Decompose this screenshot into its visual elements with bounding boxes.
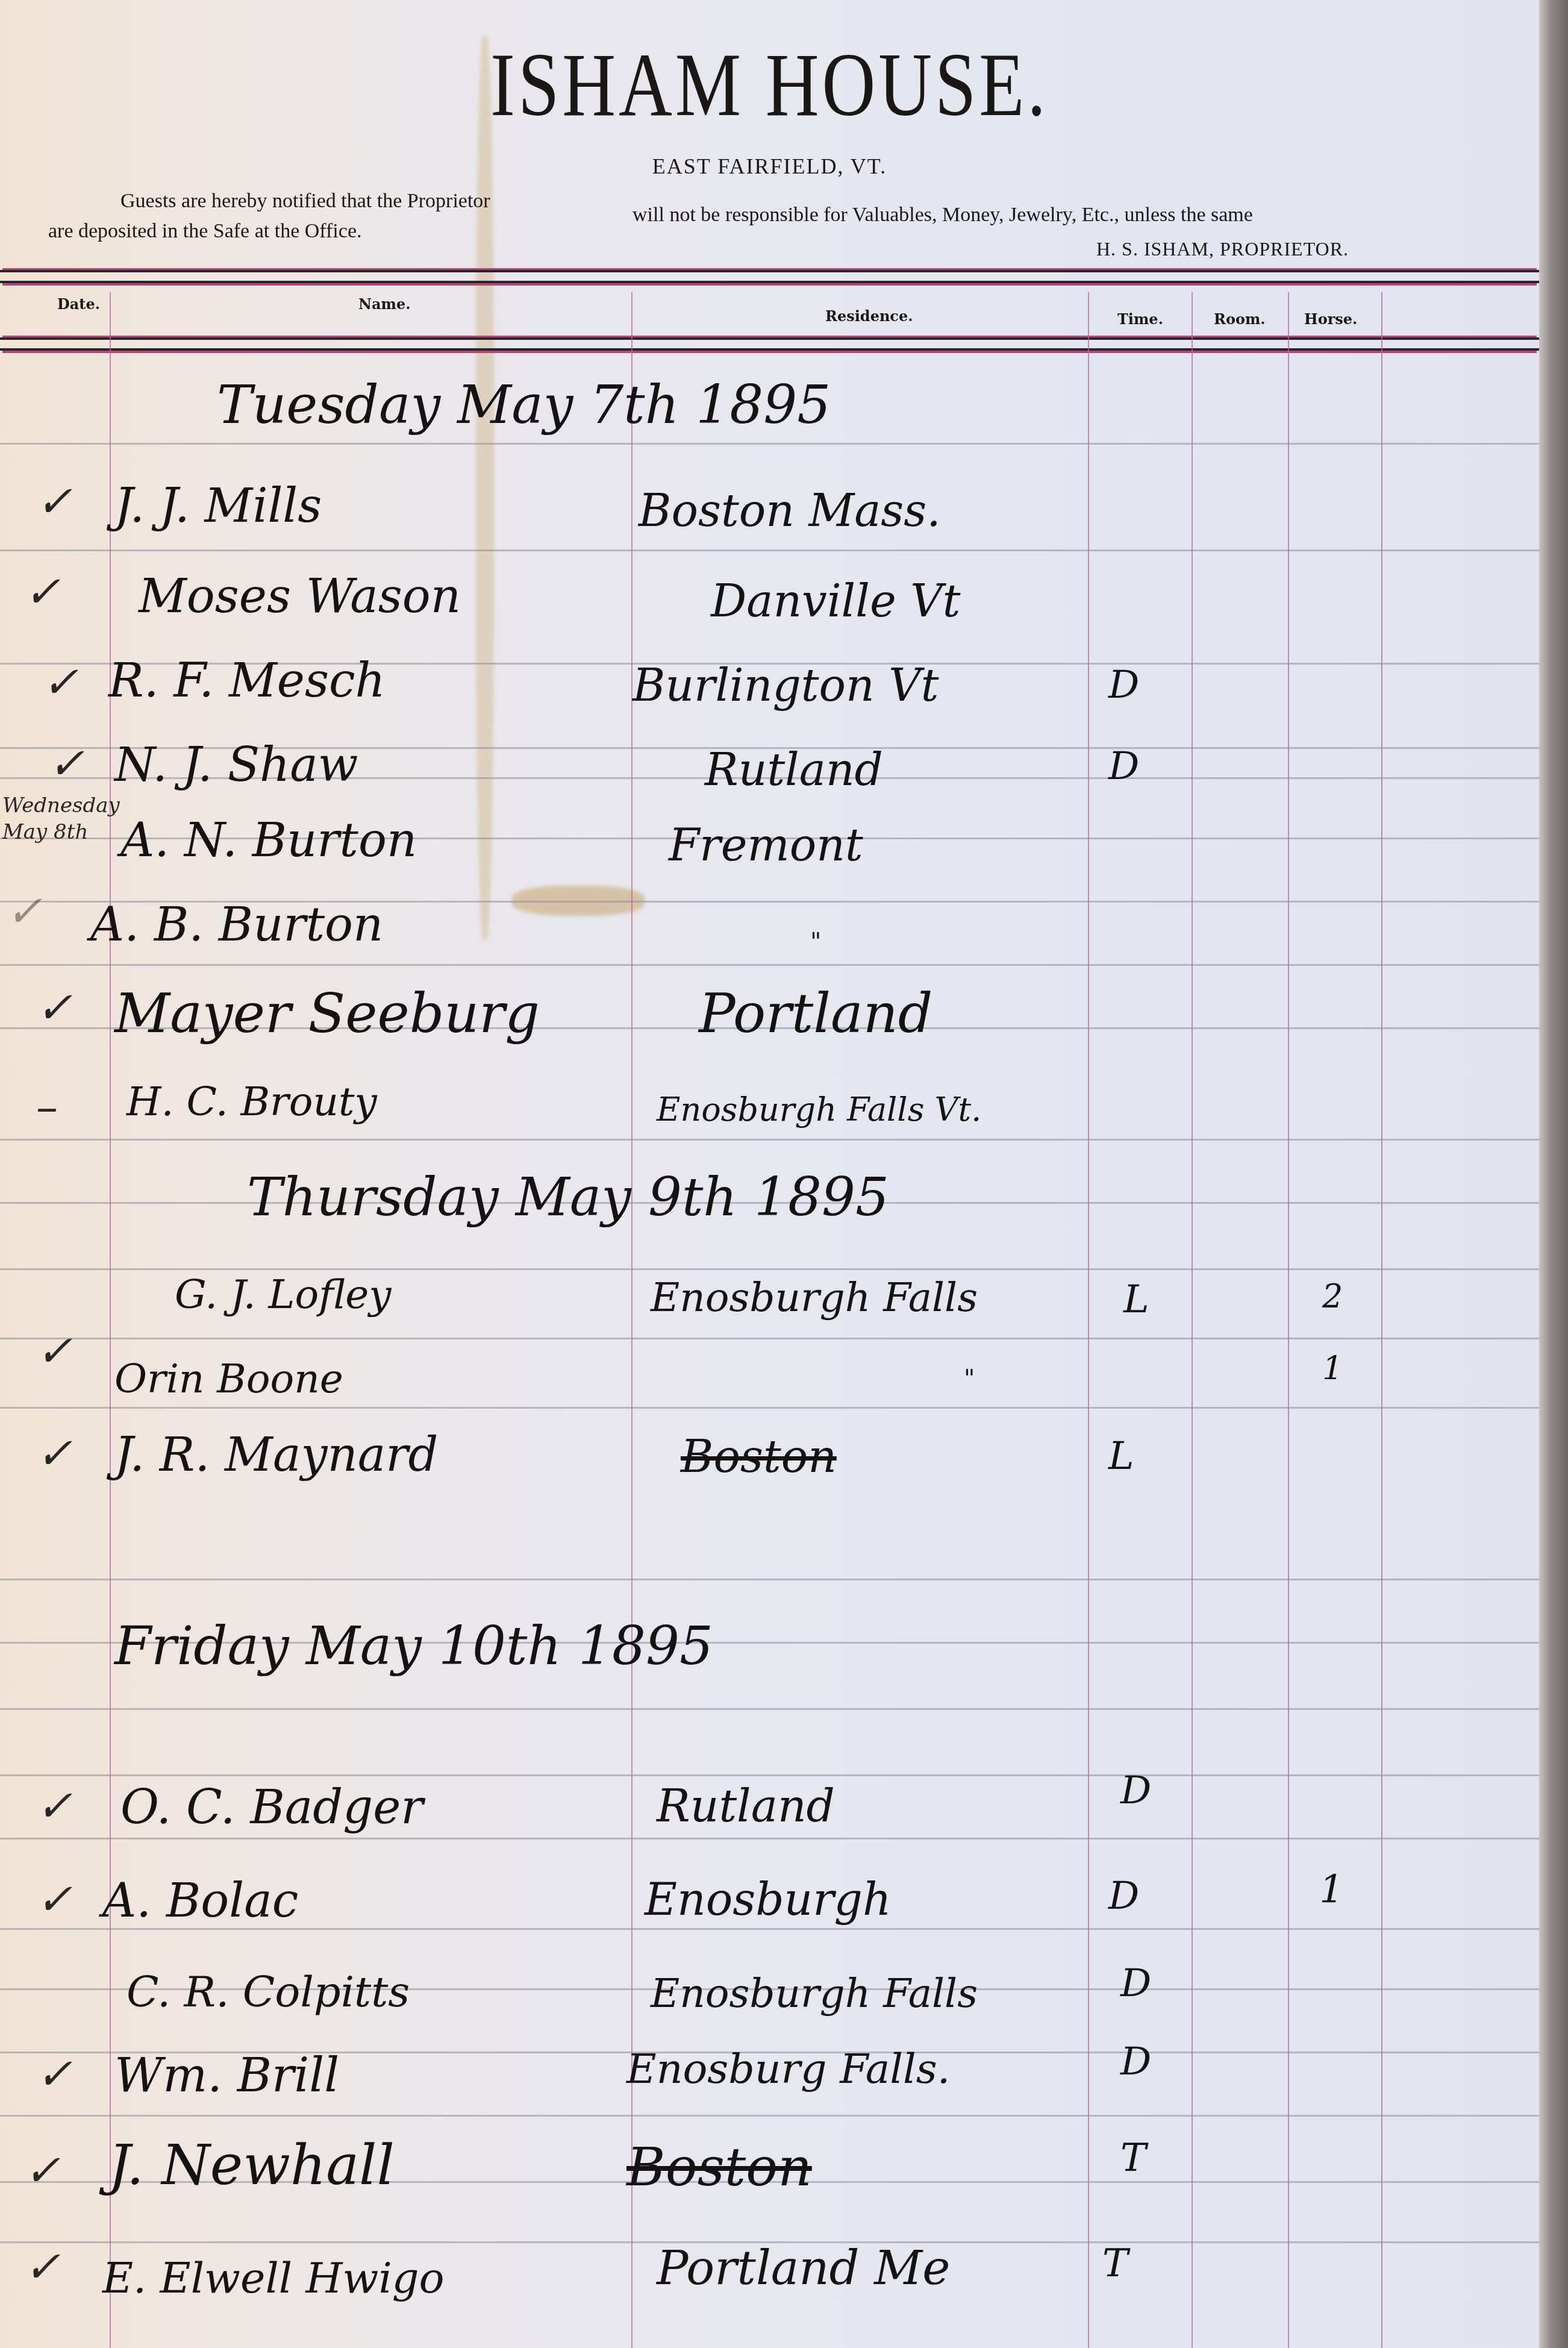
column-header-room: Room. (1214, 310, 1266, 328)
guest-name: R. F. Mesch (108, 654, 386, 708)
time-mark: D (1120, 2040, 1151, 2084)
ruled-line (0, 1139, 1539, 1141)
book-binding-edge (1539, 0, 1568, 2348)
guest-residence: Boston Mass. (639, 485, 941, 537)
ruled-line (0, 964, 1539, 966)
ruled-line (0, 1708, 1539, 1710)
guest-name: A. N. Burton (120, 813, 417, 868)
column-header-horse: Horse. (1304, 310, 1357, 328)
guest-residence: Boston (681, 1431, 837, 1483)
guest-name: Wm. Brill (114, 2049, 339, 2103)
guest-residence: Rutland (657, 1780, 835, 1832)
guest-name: H. C. Brouty (127, 1079, 377, 1125)
hotel-location: EAST FAIRFIELD, VT. (0, 154, 1539, 179)
header-rule-bottom (0, 337, 1539, 351)
ruled-line (0, 1268, 1539, 1270)
guest-name: J. R. Maynard (114, 1428, 439, 1482)
guest-name: J. J. Mills (114, 479, 322, 533)
guest-residence: Boston (626, 2136, 812, 2198)
time-mark: L (1123, 1277, 1149, 1322)
guest-residence: Portland Me (657, 2241, 950, 2296)
ruled-line (0, 1407, 1539, 1409)
column-divider (110, 292, 111, 2348)
column-divider (1288, 292, 1289, 2348)
guest-residence: Enosburgh Falls (651, 1274, 978, 1321)
guest-name: J. Newhall (108, 2133, 395, 2197)
guest-residence: Enosburgh Falls Vt. (657, 1091, 981, 1129)
time-mark: D (1108, 744, 1139, 789)
date-heading: Thursday May 9th 1895 (247, 1166, 889, 1228)
header-rule-top (0, 270, 1539, 283)
ruled-line (0, 1774, 1539, 1776)
proprietor-signature: H. S. ISHAM, PROPRIETOR. (1096, 238, 1349, 260)
guest-residence: Burlington Vt (633, 660, 939, 712)
time-mark: D (1120, 1961, 1151, 2006)
guest-name: A. Bolac (102, 1874, 298, 1928)
register-page: ISHAM HOUSE. EAST FAIRFIELD, VT. Guests … (0, 0, 1539, 2348)
ruled-line (0, 443, 1539, 445)
ruled-line (0, 1579, 1539, 1580)
guest-name: N. J. Shaw (114, 738, 358, 792)
time-mark: T (1120, 2136, 1146, 2181)
guest-name: A. B. Burton (90, 898, 383, 952)
column-header-residence: Residence. (825, 307, 913, 325)
time-mark: D (1108, 1874, 1139, 1918)
guest-residence: Rutland (705, 744, 883, 796)
notice-line-1b: will not be responsible for Valuables, M… (633, 204, 1253, 227)
ruled-line (0, 1338, 1539, 1339)
column-divider (1381, 292, 1382, 2348)
horse-count: 1 (1319, 1868, 1344, 1912)
guest-name: G. J. Lofley (175, 1271, 392, 1318)
notice-line-2: are deposited in the Safe at the Office. (48, 220, 362, 243)
column-divider (1088, 292, 1089, 2348)
guest-residence: Danville Vt (711, 575, 960, 627)
ruled-line (0, 549, 1539, 551)
guest-residence: " (964, 1365, 975, 1392)
column-header-time: Time. (1117, 310, 1163, 328)
column-divider (631, 292, 633, 2348)
guest-name: Orin Boone (114, 1356, 343, 1402)
guest-name: Mayer Seeburg (114, 982, 540, 1045)
horse-count: 1 (1322, 1350, 1343, 1388)
notice-line-1a: Guests are hereby notified that the Prop… (120, 190, 490, 213)
guest-name: O. C. Badger (120, 1780, 423, 1835)
guest-residence: Enosburgh (645, 1874, 892, 1926)
horse-count: 2 (1322, 1277, 1343, 1315)
guest-residence: Enosburgh Falls (651, 1970, 978, 2017)
time-mark: L (1108, 1434, 1134, 1479)
time-mark: D (1120, 1768, 1151, 1813)
ruled-line (0, 1928, 1539, 1930)
ruled-line (0, 2115, 1539, 2117)
margin-date-note: Wednesday May 8th (2, 792, 120, 845)
date-heading: Tuesday May 7th 1895 (217, 374, 831, 436)
guest-residence: " (810, 928, 821, 956)
date-heading: Friday May 10th 1895 (114, 1615, 713, 1677)
column-divider (1192, 292, 1193, 2348)
guest-residence: Enosburg Falls. (626, 2046, 950, 2093)
guest-residence: Portland (699, 982, 932, 1045)
time-mark: T (1102, 2241, 1128, 2286)
guest-name: Moses Wason (139, 569, 461, 624)
column-header-date: Date. (57, 295, 100, 313)
hotel-title: ISHAM HOUSE. (139, 33, 1401, 137)
guest-name: E. Elwell Hwigo (102, 2253, 445, 2303)
time-mark: D (1108, 663, 1139, 707)
guest-residence: Fremont (669, 819, 863, 871)
guest-name: C. R. Colpitts (127, 1967, 410, 2017)
ruled-line (0, 1838, 1539, 1839)
column-header-name: Name. (358, 295, 411, 313)
